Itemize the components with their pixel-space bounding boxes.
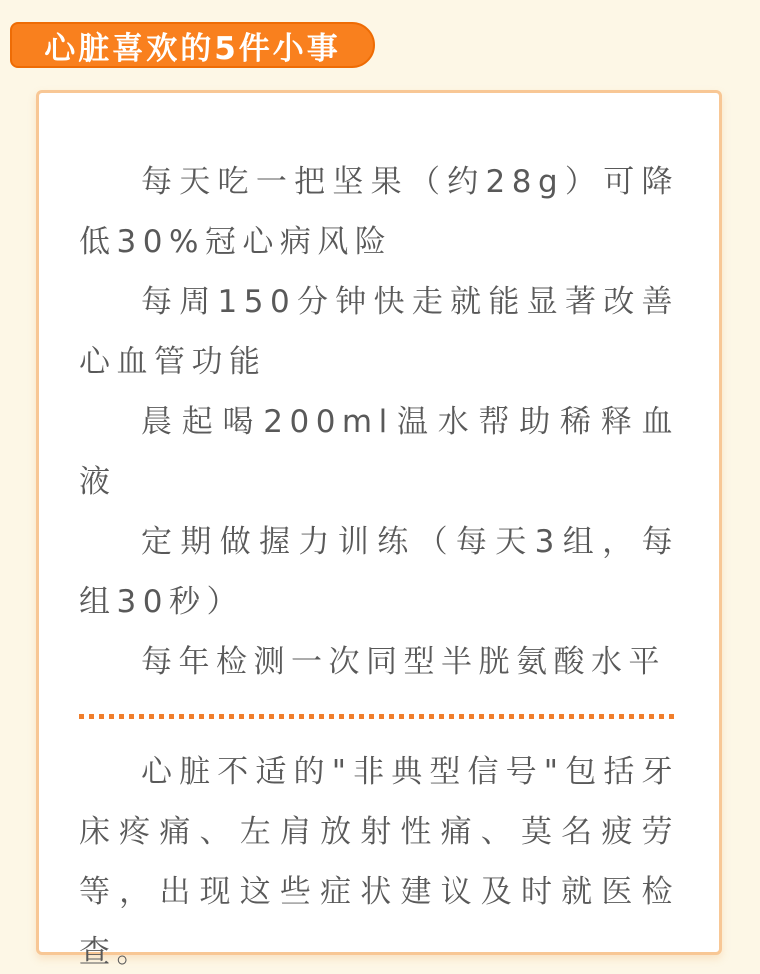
tip-walking: 每周150分钟快走就能显著改善心血管功能: [79, 272, 679, 392]
content-card: 每天吃一把坚果（约28g）可降低30%冠心病风险 每周150分钟快走就能显著改善…: [36, 90, 722, 955]
page-title: 心脏喜欢的5件小事: [44, 23, 341, 68]
dotted-divider: [79, 714, 679, 719]
tip-homocysteine-test: 每年检测一次同型半胱氨酸水平: [79, 632, 679, 692]
tip-nuts: 每天吃一把坚果（约28g）可降低30%冠心病风险: [79, 152, 679, 272]
tip-grip-training: 定期做握力训练（每天3组，每组30秒）: [79, 512, 679, 632]
title-badge: 心脏喜欢的5件小事: [10, 22, 375, 68]
tip-warm-water: 晨起喝200ml温水帮助稀释血液: [79, 392, 679, 512]
warning-note: 心脏不适的"非典型信号"包括牙床疼痛、左肩放射性痛、莫名疲劳等，出现这些症状建议…: [79, 742, 679, 974]
